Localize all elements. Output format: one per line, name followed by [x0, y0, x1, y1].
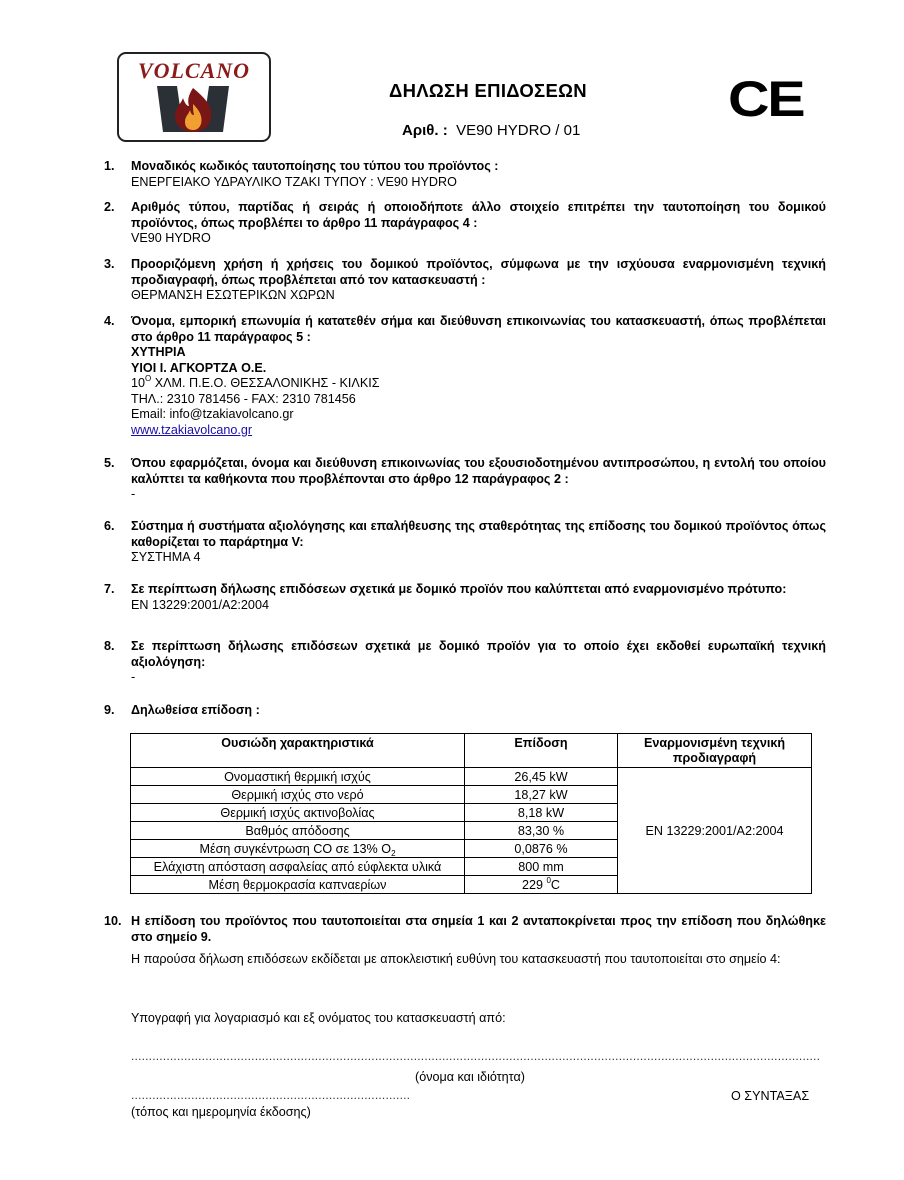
section-answer: EN 13229:2001/A2:2004: [131, 598, 826, 614]
document-title: ΔΗΛΩΣΗ ΕΠΙΔΟΣΕΩΝ: [389, 80, 587, 102]
characteristic-cell: Θερμική ισχύς ακτινοβολίας: [131, 804, 465, 822]
section-answer: ΕΝΕΡΓΕΙΑΚΟ ΥΔΡΑΥΛΙΚΟ ΤΖΑΚΙ ΤΥΠΟΥ : VE90 …: [131, 175, 826, 191]
section-number: 6.: [104, 519, 115, 535]
subscript: 2: [391, 849, 395, 858]
manufacturer-phone: ΤΗΛ.: 2310 781456 - FAX: 2310 781456: [131, 392, 826, 408]
place-date-line: ........................................…: [131, 1088, 411, 1102]
section-1: 1. Μοναδικός κωδικός ταυτοποίησης του τύ…: [104, 159, 826, 190]
section-7: 7. Σε περίπτωση δήλωσης επιδόσεων σχετικ…: [104, 582, 826, 613]
address-km: 10: [131, 376, 145, 390]
section-number: 10.: [104, 914, 122, 930]
value-cell: 800 mm: [465, 858, 618, 876]
manufacturer-website-link[interactable]: www.tzakiavolcano.gr: [131, 423, 252, 437]
document-number-value: VE90 HYDRO / 01: [456, 122, 580, 139]
signature-label: Υπογραφή για λογαριασμό και εξ ονόματος …: [131, 1010, 826, 1026]
header-characteristics: Ουσιώδη χαρακτηριστικά: [131, 734, 465, 768]
author-label: Ο ΣΥΝΤΑΞΑΣ: [731, 1089, 809, 1103]
section-answer: -: [131, 670, 826, 686]
ce-mark-icon: CE: [728, 70, 803, 128]
section-answer: ΘΕΡΜΑΝΣΗ ΕΣΩΤΕΡΙΚΩΝ ΧΩΡΩΝ: [131, 288, 826, 304]
characteristic-cell: Μέση θερμοκρασία καπναερίων: [131, 876, 465, 894]
section-question: Όπου εφαρμόζεται, όνομα και διεύθυνση επ…: [131, 456, 826, 487]
address-rest: ΧΛΜ. Π.Ε.Ο. ΘΕΣΣΑΛΟΝΙΚΗΣ - ΚΙΛΚΙΣ: [151, 376, 379, 390]
section-question: Όνομα, εμπορική επωνυμία ή κατατεθέν σήμ…: [131, 314, 826, 345]
place-caption: (τόπος και ημερομηνία έκδοσης): [131, 1105, 311, 1119]
section-question: Μοναδικός κωδικός ταυτοποίησης του τύπου…: [131, 159, 826, 175]
section-9: 9. Δηλωθείσα επίδοση :: [104, 703, 826, 719]
value-cell: 18,27 kW: [465, 786, 618, 804]
section-number: 9.: [104, 703, 115, 719]
characteristic-cell: Ονομαστική θερμική ισχύς: [131, 768, 465, 786]
characteristic-cell: Ελάχιστη απόσταση ασφαλείας από εύφλεκτα…: [131, 858, 465, 876]
characteristic-cell: Θερμική ισχύς στο νερό: [131, 786, 465, 804]
standard-cell: EN 13229:2001/A2:2004: [618, 768, 812, 894]
characteristic-text: Μέση συγκέντρωση CO σε 13% O: [199, 842, 391, 856]
name-caption: (όνομα και ιδιότητα): [415, 1070, 525, 1084]
section-question: Προοριζόμενη χρήση ή χρήσεις του δομικού…: [131, 257, 826, 288]
value-unit: C: [551, 878, 560, 892]
value-text: 229: [522, 878, 547, 892]
section-answer: ΣΥΣΤΗΜΑ 4: [131, 550, 826, 566]
section-number: 8.: [104, 639, 115, 655]
manufacturer-address: 10Ο ΧΛΜ. Π.Ε.Ο. ΘΕΣΣΑΛΟΝΙΚΗΣ - ΚΙΛΚΙΣ: [131, 376, 826, 392]
value-cell: 229 0C: [465, 876, 618, 894]
section-question: Δηλωθείσα επίδοση :: [131, 703, 826, 719]
section-8: 8. Σε περίπτωση δήλωσης επιδόσεων σχετικ…: [104, 639, 826, 686]
section-2: 2. Αριθμός τύπου, παρτίδας ή σειράς ή οπ…: [104, 200, 826, 247]
section-6: 6. Σύστημα ή συστήματα αξιολόγησης και ε…: [104, 519, 826, 566]
signature-name-line: ........................................…: [131, 1049, 819, 1063]
section-number: 7.: [104, 582, 115, 598]
section-10: 10. Η επίδοση του προϊόντος που ταυτοποι…: [104, 914, 826, 945]
value-cell: 26,45 kW: [465, 768, 618, 786]
document-number-label: Αριθ. :: [402, 122, 448, 139]
section-number: 2.: [104, 200, 115, 216]
characteristic-cell: Βαθμός απόδοσης: [131, 822, 465, 840]
flame-icon: [153, 84, 233, 134]
header-standard: Εναρμονισμένη τεχνική προδιαγραφή: [618, 734, 812, 768]
document-number: Αριθ. : VE90 HYDRO / 01: [402, 122, 580, 139]
section-3: 3. Προοριζόμενη χρήση ή χρήσεις του δομι…: [104, 257, 826, 304]
section-number: 3.: [104, 257, 115, 273]
table-row: Ονομαστική θερμική ισχύς 26,45 kW EN 132…: [131, 768, 812, 786]
section-answer: -: [131, 487, 826, 503]
value-cell: 8,18 kW: [465, 804, 618, 822]
value-cell: 0,0876 %: [465, 840, 618, 858]
table-header-row: Ουσιώδη χαρακτηριστικά Επίδοση Εναρμονισ…: [131, 734, 812, 768]
section-5: 5. Όπου εφαρμόζεται, όνομα και διεύθυνση…: [104, 456, 826, 503]
manufacturer-email: Email: info@tzakiavolcano.gr: [131, 407, 826, 423]
section-question: Σε περίπτωση δήλωσης επιδόσεων σχετικά μ…: [131, 582, 826, 598]
section-number: 1.: [104, 159, 115, 175]
header-performance: Επίδοση: [465, 734, 618, 768]
characteristic-cell: Μέση συγκέντρωση CO σε 13% O2: [131, 840, 465, 858]
declaration-statement: Η παρούσα δήλωση επιδόσεων εκδίδεται με …: [131, 951, 826, 967]
value-cell: 83,30 %: [465, 822, 618, 840]
section-number: 5.: [104, 456, 115, 472]
performance-table: Ουσιώδη χαρακτηριστικά Επίδοση Εναρμονισ…: [130, 733, 812, 894]
section-question: Αριθμός τύπου, παρτίδας ή σειράς ή οποιο…: [131, 200, 826, 231]
manufacturer-company: ΧΥΤΗΡΙΑ: [131, 345, 826, 361]
section-question: Σε περίπτωση δήλωσης επιδόσεων σχετικά μ…: [131, 639, 826, 670]
logo-text: VOLCANO: [119, 58, 269, 84]
section-number: 4.: [104, 314, 115, 330]
section-question: Η επίδοση του προϊόντος που ταυτοποιείτα…: [131, 914, 826, 945]
section-answer: VE90 HYDRO: [131, 231, 826, 247]
section-question: Σύστημα ή συστήματα αξιολόγησης και επαλ…: [131, 519, 826, 550]
section-4: 4. Όνομα, εμπορική επωνυμία ή κατατεθέν …: [104, 314, 826, 438]
volcano-logo: VOLCANO: [117, 52, 271, 142]
manufacturer-company-name: ΥΙΟΙ Ι. ΑΓΚΟΡΤΖΑ Ο.Ε.: [131, 361, 826, 377]
